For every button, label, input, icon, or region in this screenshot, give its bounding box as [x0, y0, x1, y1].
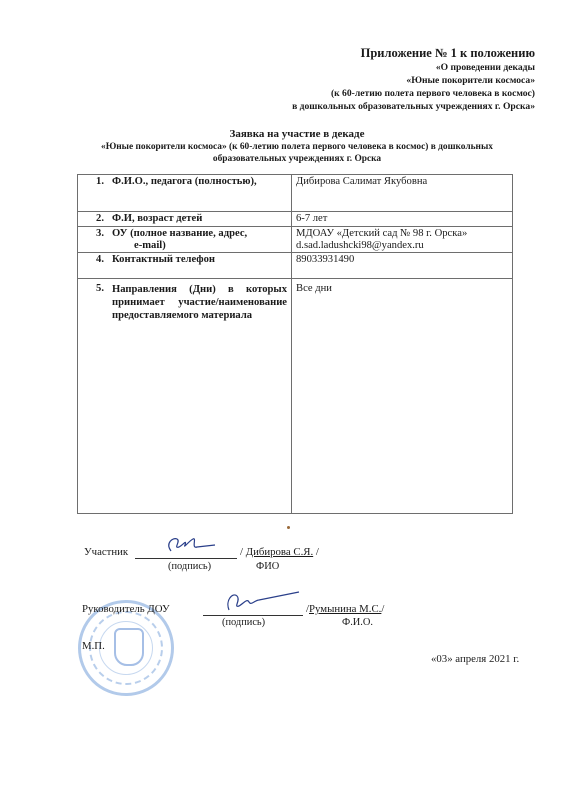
signature-icon [135, 535, 237, 555]
participant-name-caption: ФИО [256, 561, 279, 572]
director-signature-line [203, 602, 303, 616]
row-number: 4. [82, 254, 104, 265]
row-number: 2. [82, 213, 104, 224]
row-number: 5. [82, 283, 104, 322]
application-subtitle: «Юные покорители космоса» (к 60-летию по… [62, 141, 532, 153]
row-label-text: e-mail) [134, 240, 166, 251]
appendix-line: «О проведении декады [292, 61, 535, 74]
seal-label: М.П. [82, 640, 105, 652]
institution-name: МДОАУ «Детский сад № 98 г. Орска» [296, 228, 508, 240]
application-table: 1.Ф.И.О., педагога (полностью), Дибирова… [77, 174, 513, 514]
participant-signature-line [135, 545, 237, 559]
table-row: 1.Ф.И.О., педагога (полностью), Дибирова… [78, 175, 513, 212]
row-number: 1. [82, 176, 104, 187]
director-name: Румынина М.С. [309, 603, 381, 615]
table-row: 3.ОУ (полное название, адрес, e-mail) МД… [78, 227, 513, 253]
application-title-block: Заявка на участие в декаде «Юные покорит… [62, 127, 532, 165]
table-row: 2.Ф.И, возраст детей 6-7 лет [78, 212, 513, 227]
appendix-header: Приложение № 1 к положению «О проведении… [292, 46, 535, 113]
table-row: 4.Контактный телефон 89033931490 [78, 253, 513, 279]
row-value: Все дни [292, 279, 513, 514]
row-label: 4.Контактный телефон [78, 253, 292, 279]
director-role: Руководитель ДОУ [82, 603, 170, 615]
application-title: Заявка на участие в декаде [62, 127, 532, 141]
ink-dot [287, 526, 290, 529]
participant-name: Дибирова С.Я. [246, 546, 313, 558]
row-label: 5. Направления (Дни) в которых принимает… [78, 279, 292, 514]
row-value: 6-7 лет [292, 212, 513, 227]
table-row: 5. Направления (Дни) в которых принимает… [78, 279, 513, 514]
row-label-text: Направления (Дни) в которых принимает уч… [112, 283, 287, 322]
row-label: 2.Ф.И, возраст детей [78, 212, 292, 227]
participant-role: Участник [84, 546, 128, 558]
director-name-caption: Ф.И.О. [342, 617, 373, 628]
document-date: «03» апреля 2021 г. [431, 653, 519, 665]
row-label: 3.ОУ (полное название, адрес, e-mail) [78, 227, 292, 253]
appendix-title: Приложение № 1 к положению [292, 46, 535, 61]
row-label-text: Ф.И, возраст детей [112, 213, 202, 224]
row-value: МДОАУ «Детский сад № 98 г. Орска» d.sad.… [292, 227, 513, 253]
appendix-line: в дошкольных образовательных учреждениях… [292, 100, 535, 113]
emblem-icon [114, 628, 144, 666]
row-label-text: Контактный телефон [112, 254, 215, 265]
row-label-text: ОУ (полное название, адрес, [112, 228, 247, 239]
appendix-line: «Юные покорители космоса» [292, 74, 535, 87]
row-number: 3. [82, 228, 104, 240]
row-value: Дибирова Салимат Якубовна [292, 175, 513, 212]
institution-email: d.sad.ladushcki98@yandex.ru [296, 240, 508, 252]
appendix-line: (к 60-летию полета первого человека в ко… [292, 87, 535, 100]
participant-sign-caption: (подпись) [168, 561, 211, 572]
signature-icon [203, 590, 313, 614]
director-sign-caption: (подпись) [222, 617, 265, 628]
application-subtitle: образовательных учреждениях г. Орска [62, 153, 532, 165]
participant-name-wrap: / Дибирова С.Я. / [240, 546, 319, 558]
row-value: 89033931490 [292, 253, 513, 279]
row-label: 1.Ф.И.О., педагога (полностью), [78, 175, 292, 212]
row-label-text: Ф.И.О., педагога (полностью), [112, 176, 257, 187]
director-name-wrap: /Румынина М.С./ [306, 603, 384, 615]
